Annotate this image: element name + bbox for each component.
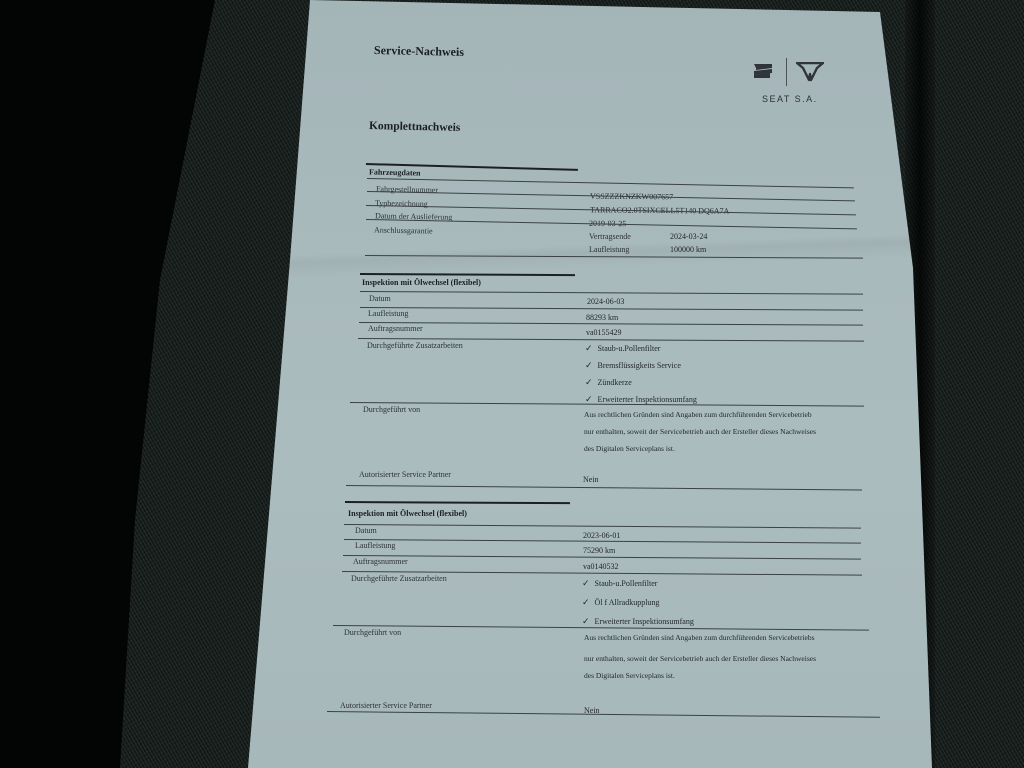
row-divider — [343, 555, 861, 560]
warranty-mileage-value: 100000 km — [670, 245, 706, 254]
inspection-1-title: Inspektion mit Ölwechsel (flexibel) — [362, 278, 481, 287]
checkmark-icon: ✓ — [582, 616, 590, 626]
inspection-2-extra-work-label: Durchgeführte Zusatzarbeiten — [351, 574, 447, 583]
brand-company: SEAT S.A. — [762, 94, 818, 104]
extra-work-text: Zündkerze — [598, 378, 632, 387]
extra-work-item: ✓Erweiterter Inspektionsumfang — [582, 616, 694, 627]
checkmark-icon: ✓ — [585, 360, 593, 370]
checkmark-icon: ✓ — [585, 377, 593, 387]
section-rule — [345, 501, 570, 504]
cupra-logo-icon — [796, 62, 824, 82]
inspection-2-date-label: Datum — [355, 526, 377, 535]
inspection-1-order: va0155429 — [586, 328, 622, 337]
inspection-1-performed-by-note-3: des Digitalen Serviceplans ist. — [584, 444, 675, 453]
extra-work-item: ✓Öl f Allradkupplung — [582, 597, 659, 608]
extra-work-text: Bremsflüssigkeits Service — [598, 361, 681, 370]
inspection-1-extra-work-label: Durchgeführte Zusatzarbeiten — [367, 341, 463, 350]
vehicle-section-title: Fahrzeugdaten — [369, 167, 421, 177]
contract-end-value: 2024-03-24 — [670, 232, 707, 241]
extra-work-text: Öl f Allradkupplung — [595, 598, 660, 607]
inspection-1-order-label: Auftragsnummer — [368, 324, 423, 333]
row-divider — [365, 255, 863, 259]
inspection-1-partner-value: Nein — [583, 475, 599, 484]
checkmark-icon: ✓ — [585, 394, 593, 404]
extra-work-item: ✓Staub-u.Pollenfilter — [582, 578, 657, 589]
extra-work-item: ✓Staub-u.Pollenfilter — [585, 343, 660, 354]
inspection-2-mileage: 75290 km — [583, 546, 615, 555]
document-title: Service-Nachweis — [374, 43, 464, 60]
warranty-mileage-label: Laufleistung — [589, 245, 629, 254]
seat-logo-icon — [752, 62, 774, 80]
service-document: Service-Nachweis SEAT S.A. Komplettnachw… — [0, 0, 1024, 768]
inspection-2-order: va0140532 — [583, 562, 619, 571]
row-divider — [327, 711, 880, 718]
checkmark-icon: ✓ — [582, 578, 590, 588]
inspection-1-performed-by-note-1: Aus rechtlichen Gründen sind Angaben zum… — [584, 410, 812, 419]
inspection-2-mileage-label: Laufleistung — [355, 541, 395, 550]
inspection-2-order-label: Auftragsnummer — [353, 557, 408, 566]
inspection-2-performed-by-note-3: des Digitalen Serviceplans ist. — [584, 671, 675, 680]
extra-work-text: Erweiterter Inspektionsumfang — [598, 395, 697, 404]
inspection-2-title: Inspektion mit Ölwechsel (flexibel) — [348, 509, 467, 518]
row-divider — [360, 291, 863, 295]
inspection-1-date: 2024-06-03 — [587, 297, 624, 306]
inspection-2-performed-by-label: Durchgeführt von — [344, 628, 401, 637]
inspection-2-partner-label: Autorisierter Service Partner — [340, 701, 432, 710]
row-divider — [344, 524, 861, 529]
inspection-2-performed-by-note-1: Aus rechtlichen Gründen sind Angaben zum… — [584, 633, 815, 642]
warranty-label: Anschlussgarantie — [374, 225, 433, 235]
extra-work-text: Staub-u.Pollenfilter — [595, 579, 658, 588]
inspection-1-mileage: 88293 km — [586, 313, 618, 322]
inspection-1-mileage-label: Laufleistung — [368, 309, 408, 318]
extra-work-text: Erweiterter Inspektionsumfang — [595, 617, 694, 626]
row-divider — [360, 307, 863, 311]
inspection-1-performed-by-note-2: nur enthalten, soweit der Servicebetrieb… — [584, 427, 816, 436]
row-divider — [367, 178, 854, 188]
inspection-2-date: 2023-06-01 — [583, 531, 620, 540]
inspection-1-date-label: Datum — [369, 294, 391, 303]
checkmark-icon: ✓ — [582, 597, 590, 607]
section-rule — [360, 273, 575, 276]
contract-end-label: Vertragsende — [589, 232, 631, 241]
inspection-2-performed-by-note-2: nur enthalten, soweit der Servicebetrieb… — [584, 654, 816, 663]
row-divider — [359, 322, 863, 326]
inspection-1-performed-by-label: Durchgeführt von — [363, 405, 420, 414]
inspection-1-partner-label: Autorisierter Service Partner — [359, 470, 451, 479]
logo-divider — [786, 58, 787, 86]
row-divider — [346, 485, 862, 491]
checkmark-icon: ✓ — [585, 343, 593, 353]
document-subtitle: Komplettnachweis — [369, 120, 461, 134]
extra-work-item: ✓Bremsflüssigkeits Service — [585, 360, 681, 371]
extra-work-text: Staub-u.Pollenfilter — [598, 344, 661, 353]
extra-work-item: ✓Zündkerze — [585, 377, 632, 388]
